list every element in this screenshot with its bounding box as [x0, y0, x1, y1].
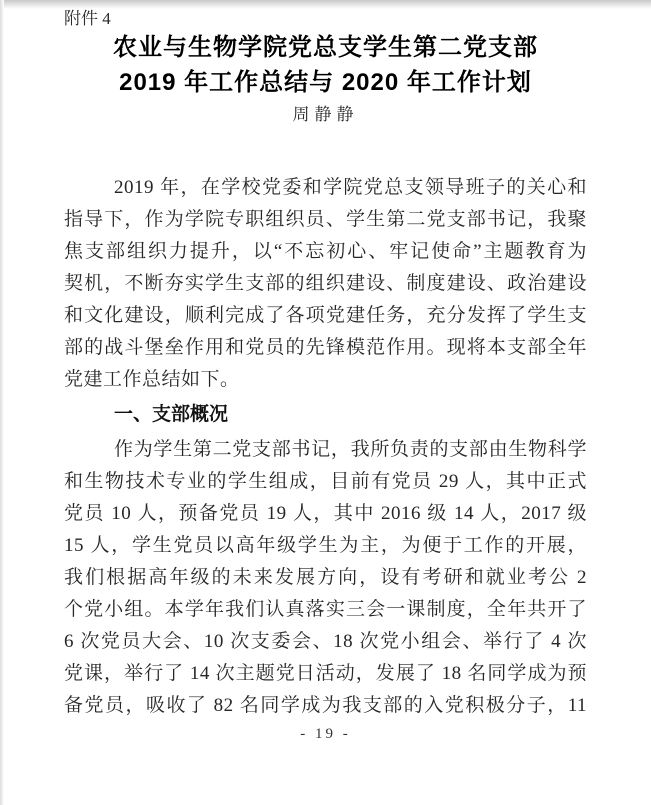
body-line: 党课，举行了 14 次主题党日活动，发展了 18 名同学成为预 — [64, 658, 587, 690]
body-line: 焦支部组织力提升，以“不忘初心、牢记使命”主题教育为 — [64, 236, 587, 268]
body-line: 和生物技术专业的学生组成，目前有党员 29 人，其中正式 — [64, 466, 587, 498]
body-line: 党建工作总结如下。 — [64, 364, 587, 396]
page-number: - 19 - — [0, 726, 651, 743]
body-line: 15 人，学生党员以高年级学生为主，为便于工作的开展， — [64, 530, 587, 562]
body-line: 党员 10 人，预备党员 19 人，其中 2016 级 14 人，2017 级 — [64, 498, 587, 530]
body-line: 作为学生第二党支部书记，我所负责的支部由生物科学 — [64, 434, 587, 466]
body-line: 指导下，作为学院专职组织员、学生第二党支部书记，我聚 — [64, 204, 587, 236]
document-body: 2019 年，在学校党委和学院党总支领导班子的关心和指导下，作为学院专职组织员、… — [64, 172, 587, 722]
document-title: 农业与生物学院党总支学生第二党支部 2019 年工作总结与 2020 年工作计划 — [0, 30, 651, 100]
section-heading: 一、支部概况 — [64, 399, 587, 431]
body-line: 和文化建设，顺利完成了各项党建任务，充分发挥了学生支 — [64, 300, 587, 332]
title-line-2: 2019 年工作总结与 2020 年工作计划 — [0, 65, 651, 100]
attachment-label: 附件 4 — [64, 4, 111, 29]
body-line: 契机，不断夯实学生支部的组织建设、制度建设、政治建设 — [64, 268, 587, 300]
title-line-1: 农业与生物学院党总支学生第二党支部 — [0, 30, 651, 65]
document-page: 附件 4 农业与生物学院党总支学生第二党支部 2019 年工作总结与 2020 … — [0, 0, 651, 805]
body-line: 个党小组。本学年我们认真落实三会一课制度，全年共开了 — [64, 594, 587, 626]
body-line: 部的战斗堡垒作用和党员的先锋模范作用。现将本支部全年 — [64, 332, 587, 364]
body-line: 2019 年，在学校党委和学院党总支领导班子的关心和 — [64, 172, 587, 204]
body-line: 6 次党员大会、10 次支委会、18 次党小组会、举行了 4 次 — [64, 626, 587, 658]
body-line: 备党员，吸收了 82 名同学成为我支部的入党积极分子，11 — [64, 690, 587, 722]
body-line: 我们根据高年级的未来发展方向，设有考研和就业考公 2 — [64, 562, 587, 594]
author-name: 周静静 — [0, 100, 651, 125]
